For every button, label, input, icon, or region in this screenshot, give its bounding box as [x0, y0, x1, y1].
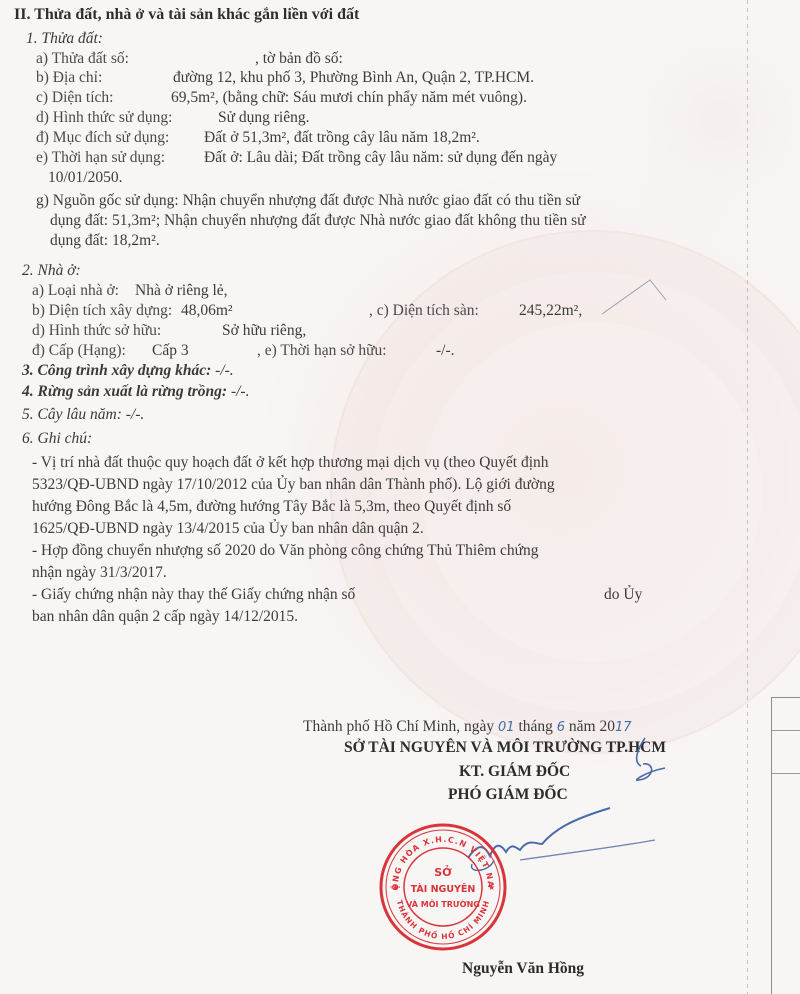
- grade-value: Cấp 3: [152, 342, 189, 360]
- pen-mark: [600, 270, 670, 330]
- other-construction: 3. Công trình xây dựng khác: -/-.: [22, 362, 234, 380]
- side-table-rule: [772, 730, 800, 731]
- built-area-label: b) Diện tích xây dựng:: [32, 302, 172, 320]
- section-title: II. Thửa đất, nhà ở và tài sản khác gắn …: [14, 6, 359, 24]
- term-label: e) Thời hạn sử dụng:: [36, 149, 165, 167]
- month-label: tháng: [518, 718, 552, 735]
- area-value: 69,5m², (bằng chữ: Sáu mươi chín phẩy nă…: [171, 89, 527, 107]
- date-month: 6: [557, 720, 565, 735]
- note-line: ban nhân dân quận 2 cấp ngày 14/12/2015.: [32, 608, 298, 626]
- side-table-rule: [772, 773, 800, 774]
- perennial-trees-heading: 5. Cây lâu năm:: [22, 406, 122, 423]
- other-construction-value: -/-.: [215, 362, 234, 379]
- address-label: b) Địa chỉ:: [36, 69, 102, 87]
- house-heading: 2. Nhà ở:: [22, 262, 81, 280]
- svg-text:TÀI NGUYÊN: TÀI NGUYÊN: [411, 883, 476, 895]
- note-line: - Giấy chứng nhận này thay thế Giấy chứn…: [32, 586, 355, 604]
- side-table-border: [771, 697, 800, 994]
- note-line: nhận ngày 31/3/2017.: [32, 564, 167, 582]
- usage-form-label: d) Hình thức sử dụng:: [36, 109, 173, 127]
- other-construction-heading: 3. Công trình xây dựng khác:: [22, 362, 211, 379]
- area-label: c) Diện tích:: [36, 89, 113, 107]
- note-line: - Vị trí nhà đất thuộc quy hoạch đất ở k…: [32, 454, 549, 472]
- house-type-label: a) Loại nhà ở:: [32, 282, 119, 300]
- floor-area-value: 245,22m²,: [519, 302, 582, 320]
- address-value: đường 12, khu phố 3, Phường Bình An, Quậ…: [173, 69, 534, 87]
- origin-line: dụng đất: 18,2m².: [50, 232, 160, 250]
- term-value: Đất ở: Lâu dài; Đất trồng cây lâu năm: s…: [204, 149, 557, 167]
- origin-line: dụng đất: 51,3m²; Nhận chuyển nhượng đất…: [50, 212, 586, 230]
- production-forest: 4. Rừng sản xuất là rừng trồng: -/-.: [22, 383, 249, 401]
- year-label: năm 20: [569, 718, 615, 735]
- note-line: 1625/QĐ-UBND ngày 13/4/2015 của Ủy ban n…: [32, 520, 424, 538]
- svg-text:★: ★: [392, 883, 399, 892]
- production-forest-value: -/-.: [231, 383, 250, 400]
- land-heading: 1. Thửa đất:: [26, 30, 103, 48]
- perennial-trees: 5. Cây lâu năm: -/-.: [22, 406, 144, 424]
- plot-number-label: a) Thửa đất số:: [36, 50, 129, 68]
- floor-area-label: , c) Diện tích sàn:: [369, 302, 479, 320]
- ownership-label: d) Hình thức sở hữu:: [32, 322, 161, 340]
- place-date-line: Thành phố Hồ Chí Minh, ngày 01 tháng 6 n…: [303, 718, 632, 737]
- ownership-value: Sở hữu riêng,: [222, 322, 306, 340]
- note-line: hướng Đông Bắc là 4,5m, đường hướng Tây …: [32, 498, 511, 516]
- purpose-value: Đất ở 51,3m², đất trồng cây lâu năm 18,2…: [204, 129, 480, 147]
- date-day: 01: [498, 720, 515, 735]
- svg-text:SỞ: SỞ: [434, 865, 452, 879]
- place-date-prefix: Thành phố Hồ Chí Minh, ngày: [303, 718, 494, 735]
- usage-form-value: Sử dụng riêng.: [218, 109, 310, 127]
- initials-icon: [615, 728, 675, 808]
- built-area-value: 48,06m²: [181, 302, 233, 320]
- grade-label: đ) Cấp (Hạng):: [32, 342, 126, 360]
- svg-text:VÀ MÔI TRƯỜNG: VÀ MÔI TRƯỜNG: [406, 898, 480, 909]
- term-value-end: 10/01/2050.: [48, 169, 123, 187]
- notes-heading: 6. Ghi chú:: [22, 430, 92, 448]
- svg-text:★: ★: [488, 883, 495, 892]
- note-line-suffix: do Ủy: [604, 586, 642, 604]
- ownership-term-value: -/-.: [436, 342, 455, 360]
- perennial-trees-value: -/-.: [126, 406, 145, 423]
- origin-line: g) Nguồn gốc sử dụng: Nhận chuyển nhượng…: [36, 192, 580, 210]
- on-behalf-title: KT. GIÁM ĐỐC: [459, 763, 570, 781]
- purpose-label: đ) Mục đích sử dụng:: [36, 129, 169, 147]
- house-type-value: Nhà ở riêng lẻ,: [135, 282, 228, 300]
- note-line: - Hợp đồng chuyển nhượng số 2020 do Văn …: [32, 542, 539, 560]
- note-line: 5323/QĐ-UBND ngày 17/10/2012 của Ủy ban …: [32, 476, 555, 494]
- official-stamp: CỘNG HÒA X.H.C.N VIỆT NAM THÀNH PHỐ HỒ C…: [376, 820, 510, 954]
- map-sheet-label: , tờ bản đồ số:: [255, 50, 343, 68]
- ownership-term-label: , e) Thời hạn sở hữu:: [257, 342, 387, 360]
- production-forest-heading: 4. Rừng sản xuất là rừng trồng:: [22, 383, 227, 400]
- fold-line: [747, 0, 748, 994]
- signer-name: Nguyễn Văn Hồng: [462, 960, 584, 978]
